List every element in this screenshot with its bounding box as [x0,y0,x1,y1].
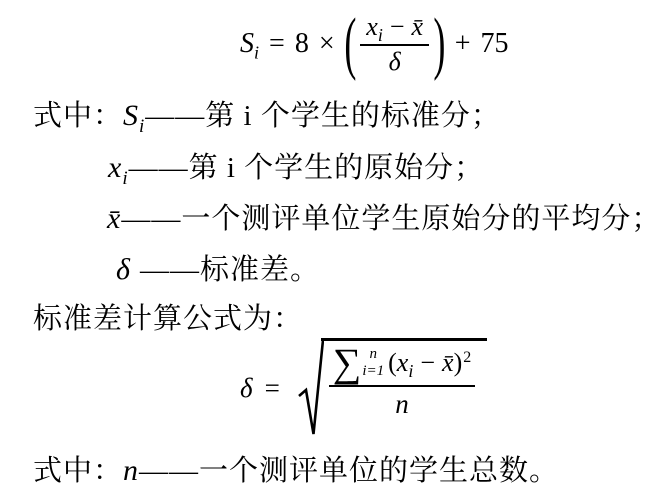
formula-lhs: Si [240,28,259,60]
limit-lower: i=1 [362,363,384,380]
sd-intro-line: 标准差计算公式为： [33,296,303,337]
fraction: ∑ni=1 (xi−x̄)2 n [329,346,475,420]
var-delta: δ [116,253,131,286]
var-xbar: x̄ [412,12,424,41]
radicand: ∑ni=1 (xi−x̄)2 n [321,338,487,438]
var-x: x [366,12,378,41]
square-root: ∑ni=1 (xi−x̄)2 n [298,338,487,438]
sub-i: i [408,361,413,381]
var-n: n [123,454,139,487]
document-page: { "page": { "background": "#ffffff", "te… [0,0,647,497]
var-S: S [123,99,139,132]
equals-sign: = [269,28,285,60]
squared-expression: (xi−x̄)2 [388,348,471,378]
definition-xi: xi——第 i 个学生的原始分； [108,145,484,186]
var-delta: δ [240,373,253,404]
var-x: x [108,151,122,184]
summation-limits: ni=1 [362,346,384,381]
var-S: S [240,28,254,59]
fraction-numerator: ∑ni=1 (xi−x̄)2 [329,346,475,385]
left-paren: ( [344,9,356,79]
definition-text: ——第 i 个学生的原始分； [129,152,485,184]
standard-score-formula: Si = 8 × ( xi−x̄ δ ) + 75 [237,14,512,74]
left-paren: ( [388,348,397,377]
fraction-denominator-delta: δ [389,46,401,77]
footer-prefix: 式中： [33,455,123,487]
exponent: 2 [463,349,471,366]
definition-prefix: 式中： [33,100,123,132]
definition-text: ——一个测评单位学生原始分的平均分； [121,203,647,235]
plus-sign: + [455,28,471,60]
sub-i: i [254,43,259,63]
minus-sign: − [390,12,405,41]
fraction-numerator: xi−x̄ [360,12,429,46]
definition-text: ——第 i 个学生的标准分； [145,100,501,132]
var-xbar: x̄ [442,348,454,377]
fraction: xi−x̄ δ [360,12,429,77]
summation: ∑ni=1 [333,346,384,381]
var-xbar: x̄ [107,202,121,235]
equals-sign: = [265,373,280,404]
definition-xbar: x̄——一个测评单位学生原始分的平均分； [107,196,647,237]
coefficient: 8 [295,28,309,60]
var-x: x [397,348,409,377]
sigma-icon: ∑ [333,346,362,380]
minus-sign: − [420,348,435,377]
right-paren: ) [433,9,445,79]
document-canvas: Si = 8 × ( xi−x̄ δ ) + 75 式中：Si——第 i 个学生… [0,0,647,497]
definition-text: ——标准差。 [140,254,320,286]
right-paren: ) [454,348,463,377]
constant: 75 [481,28,509,60]
footer-note-line: 式中：n——一个测评单位的学生总数。 [33,448,559,489]
sub-i: i [378,25,383,45]
footer-text: ——一个测评单位的学生总数。 [139,455,559,487]
fraction-denominator-n: n [395,387,409,420]
std-dev-formula: δ = ∑ni=1 (xi−x̄)2 n [240,338,487,438]
definition-si: 式中：Si——第 i 个学生的标准分； [33,93,501,134]
limit-upper: n [362,346,384,363]
definition-delta: δ——标准差。 [116,247,320,288]
multiply-sign: × [319,28,335,60]
